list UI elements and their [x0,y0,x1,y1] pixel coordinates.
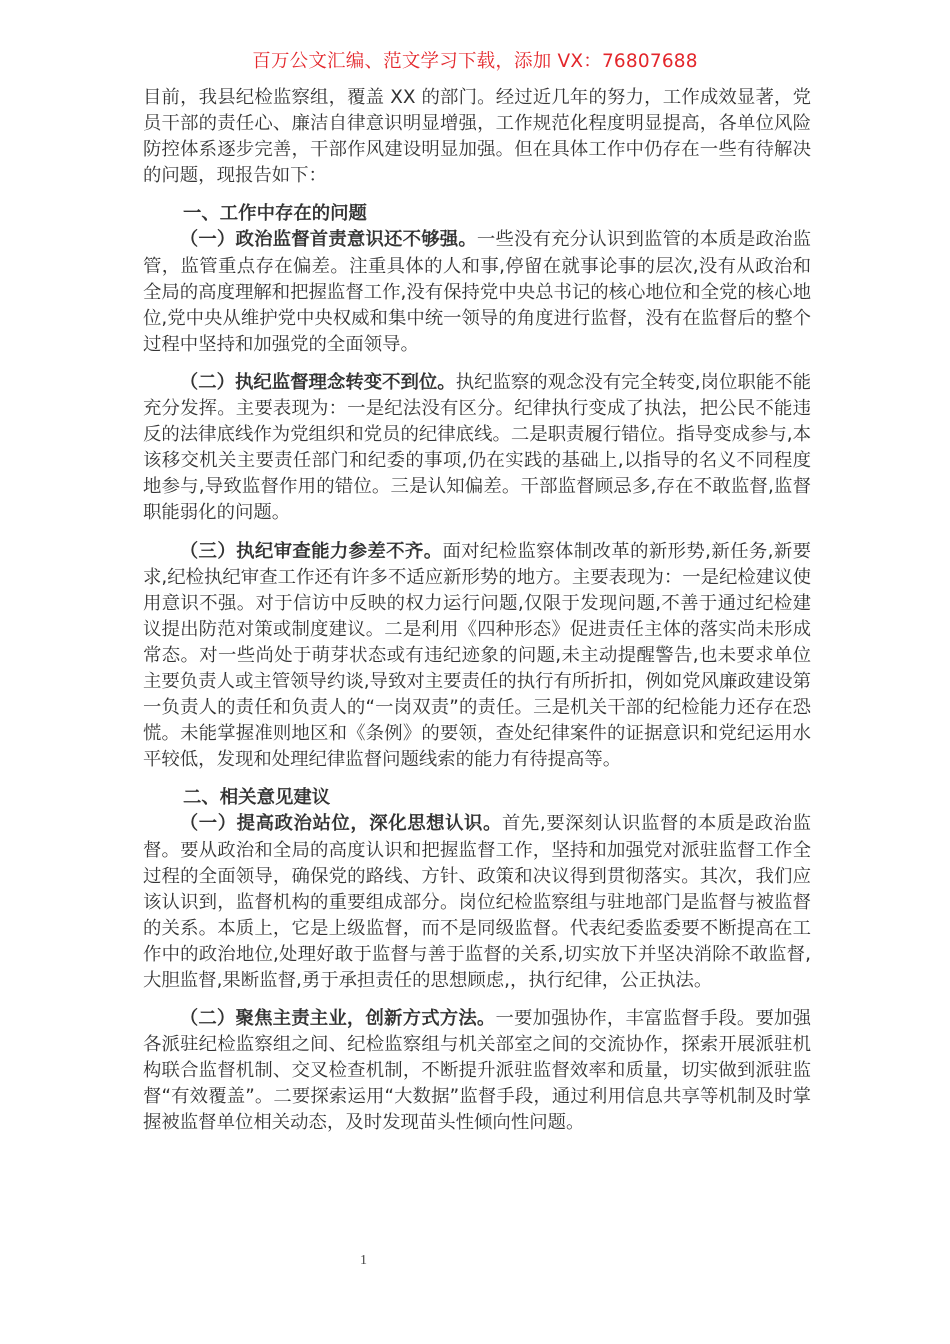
paragraph-lead: （一）提高政治站位，深化思想认识。 [180,813,502,834]
paragraph-2-1: （一）提高政治站位，深化思想认识。首先,要深刻认识监督的本质是政治监督。要从政治… [143,811,811,994]
section-heading-2: 二、相关意见建议 [143,785,811,811]
paragraph-1-1: （一）政治监督首责意识还不够强。一些没有充分认识到监管的本质是政治监管，监管重点… [143,227,811,357]
watermark-banner: 百万公文汇编、范文学习下载，添加 VX：76807688 [0,47,950,73]
paragraph-lead: （二）聚焦主责主业，创新方式方法。 [180,1008,496,1029]
paragraph-2-2: （二）聚焦主责主业，创新方式方法。一要加强协作，丰富监督手段。要加强各派驻纪检监… [143,1006,811,1136]
document-page: 百万公文汇编、范文学习下载，添加 VX：76807688 目前，我县纪检监察组，… [0,0,950,1344]
paragraph-text: 面对纪检监察体制改革的新形势,新任务,新要求,纪检执纪审查工作还有许多不适应新形… [143,541,811,771]
paragraph-1-2: （二）执纪监督理念转变不到位。执纪监察的观念没有完全转变,岗位职能不能充分发挥。… [143,370,811,527]
section-heading-1: 一、工作中存在的问题 [143,201,811,227]
paragraph-1-3: （三）执纪审查能力参差不齐。面对纪检监察体制改革的新形势,新任务,新要求,纪检执… [143,539,811,774]
page-number: 1 [360,1253,367,1269]
paragraph-lead: （一）政治监督首责意识还不够强。 [180,229,477,250]
intro-paragraph: 目前，我县纪检监察组，覆盖 XX 的部门。经过近几年的努力，工作成效显著，党员干… [143,85,811,189]
paragraph-text: 执纪监察的观念没有完全转变,岗位职能不能充分发挥。主要表现为：一是纪法没有区分。… [143,372,811,523]
paragraph-text: 首先,要深刻认识监督的本质是政治监督。要从政治和全局的高度认识和把握监督工作，坚… [143,813,811,991]
document-body: 目前，我县纪检监察组，覆盖 XX 的部门。经过近几年的努力，工作成效显著，党员干… [143,85,811,1137]
paragraph-lead: （三）执纪审查能力参差不齐。 [180,541,443,562]
paragraph-lead: （二）执纪监督理念转变不到位。 [180,372,456,393]
